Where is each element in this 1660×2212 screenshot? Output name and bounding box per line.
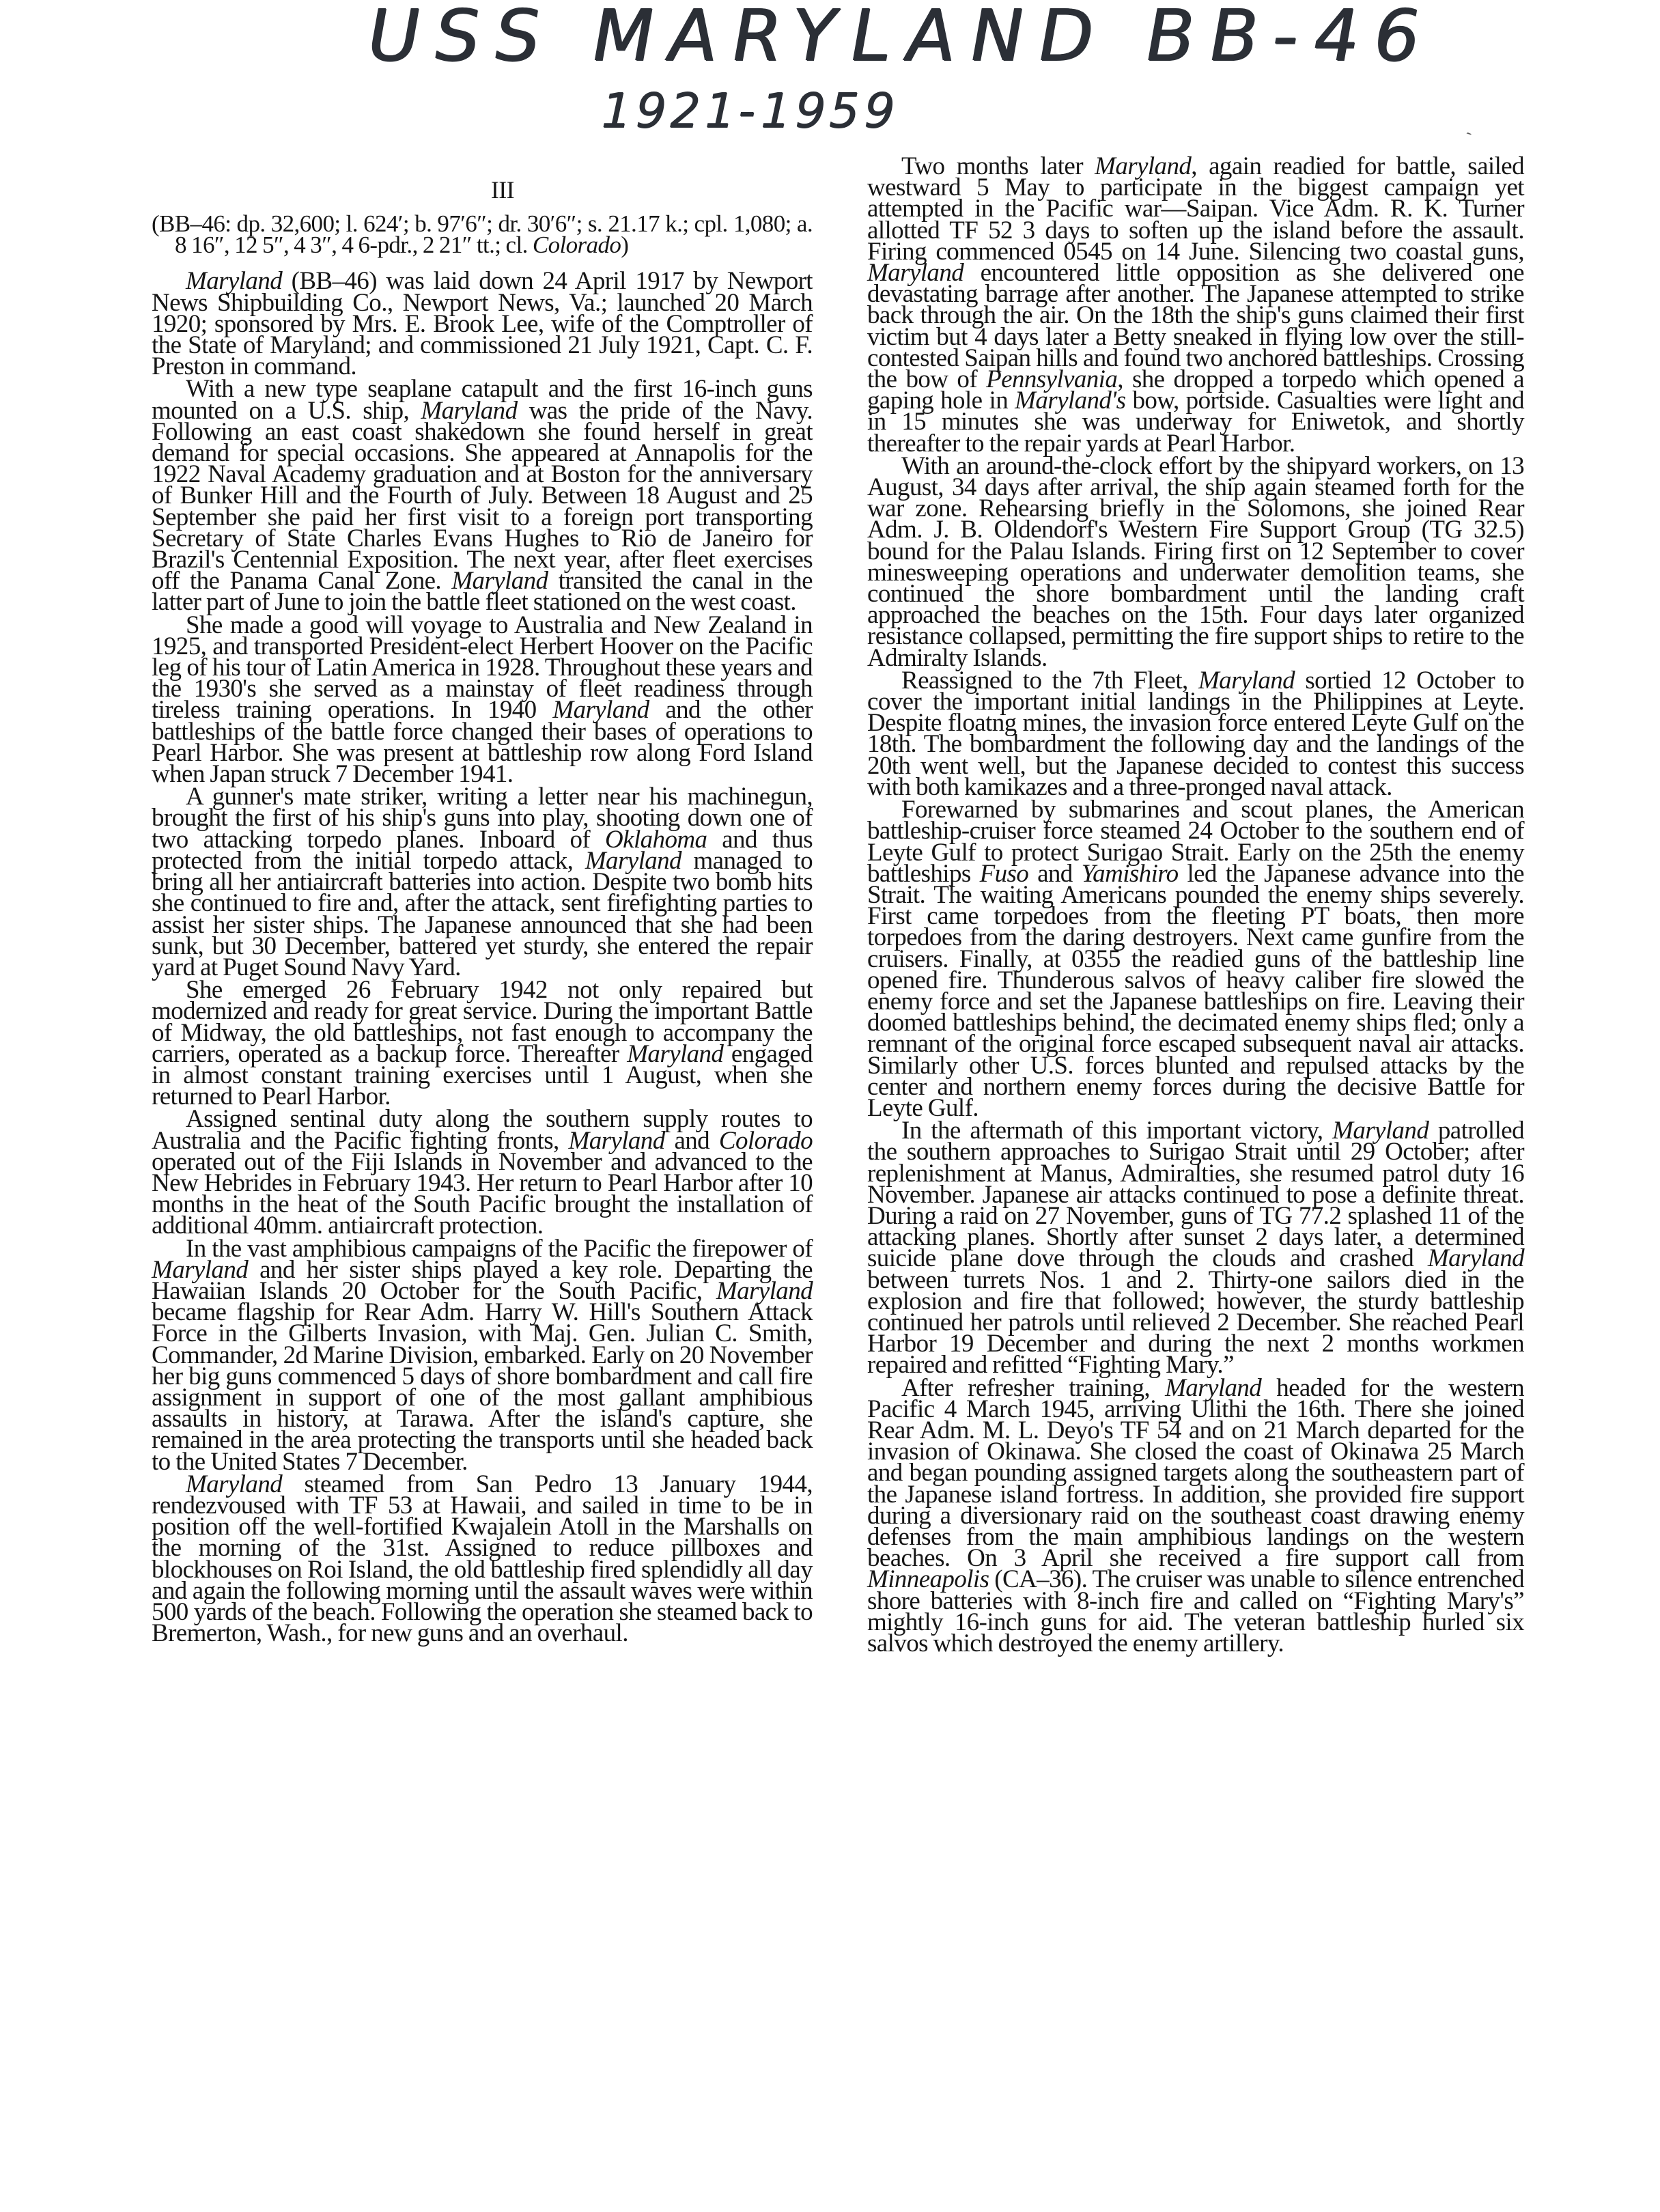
paragraph-text: between turrets Nos. 1 and 2. Thirty-one… (867, 1266, 1524, 1380)
left-column: III (BB–46: dp. 32,600; l. 624′; b. 97′6… (152, 171, 813, 1644)
paragraph-midway: She emerged 26 February 1942 not only re… (152, 979, 813, 1107)
spec-close: ) (621, 232, 628, 258)
paragraph-text: operated out of the Fiji Islands in Nove… (152, 1148, 813, 1240)
ship-class-name: Colorado (533, 232, 621, 258)
paragraph-text: led the Japanese advance into the Strait… (867, 860, 1524, 1122)
paragraph-tarawa: In the vast amphibious campaigns of the … (152, 1238, 813, 1472)
paragraph-text: steamed from San Pedro 13 January 1944, … (152, 1470, 813, 1647)
ship-specifications: (BB–46: dp. 32,600; l. 624′; b. 97′6″; d… (152, 213, 813, 255)
paragraph-commissioning: Maryland (BB–46) was laid down 24 April … (152, 270, 813, 377)
spec-text: (BB–46: dp. 32,600; l. 624′; b. 97′6″; d… (152, 210, 813, 258)
paragraph-interwar: She made a good will voyage to Australia… (152, 615, 813, 785)
paragraph-saipan: Two months later Maryland, again readied… (867, 156, 1524, 454)
paragraph-pearl-harbor: A gunner's mate striker, writing a lette… (152, 786, 813, 978)
paragraph-text: became flagship for Rear Adm. Harry W. H… (152, 1298, 813, 1475)
handwritten-dates: 1921-1959 (595, 83, 880, 138)
paragraph-leyte: Reassigned to the 7th Fleet, Maryland so… (867, 670, 1524, 798)
paragraph-text: was the pride of the Navy. Following an … (152, 397, 813, 596)
paragraph-early-career: With a new type seaplane catapult and th… (152, 378, 813, 613)
paragraph-text: and her sister ships played a key role. … (152, 1256, 813, 1305)
paragraph-sentinel-duty: Assigned sentinal duty along the souther… (152, 1108, 813, 1236)
paragraph-text: With an around-the-clock effort by the s… (867, 452, 1524, 672)
paragraph-text: patrolled the southern approaches to Sur… (867, 1117, 1524, 1272)
section-number: III (152, 176, 813, 204)
paragraph-palau: With an around-the-clock effort by the s… (867, 456, 1524, 669)
paragraph-surigao-strait: Forewarned by submarines and scout plane… (867, 799, 1524, 1119)
paragraph-kamikaze: In the aftermath of this important victo… (867, 1120, 1524, 1375)
scan-mark: ˎ (1457, 115, 1474, 137)
paragraph-text: headed for the western Pacific 4 March 1… (867, 1374, 1524, 1573)
handwritten-title: USS MARYLAND BB-46 (362, 1, 1357, 70)
right-column: Two months later Maryland, again readied… (867, 156, 1524, 1654)
paragraph-kwajalein: Maryland steamed from San Pedro 13 Janua… (152, 1474, 813, 1644)
paragraph-okinawa: After refresher training, Maryland heade… (867, 1377, 1524, 1655)
